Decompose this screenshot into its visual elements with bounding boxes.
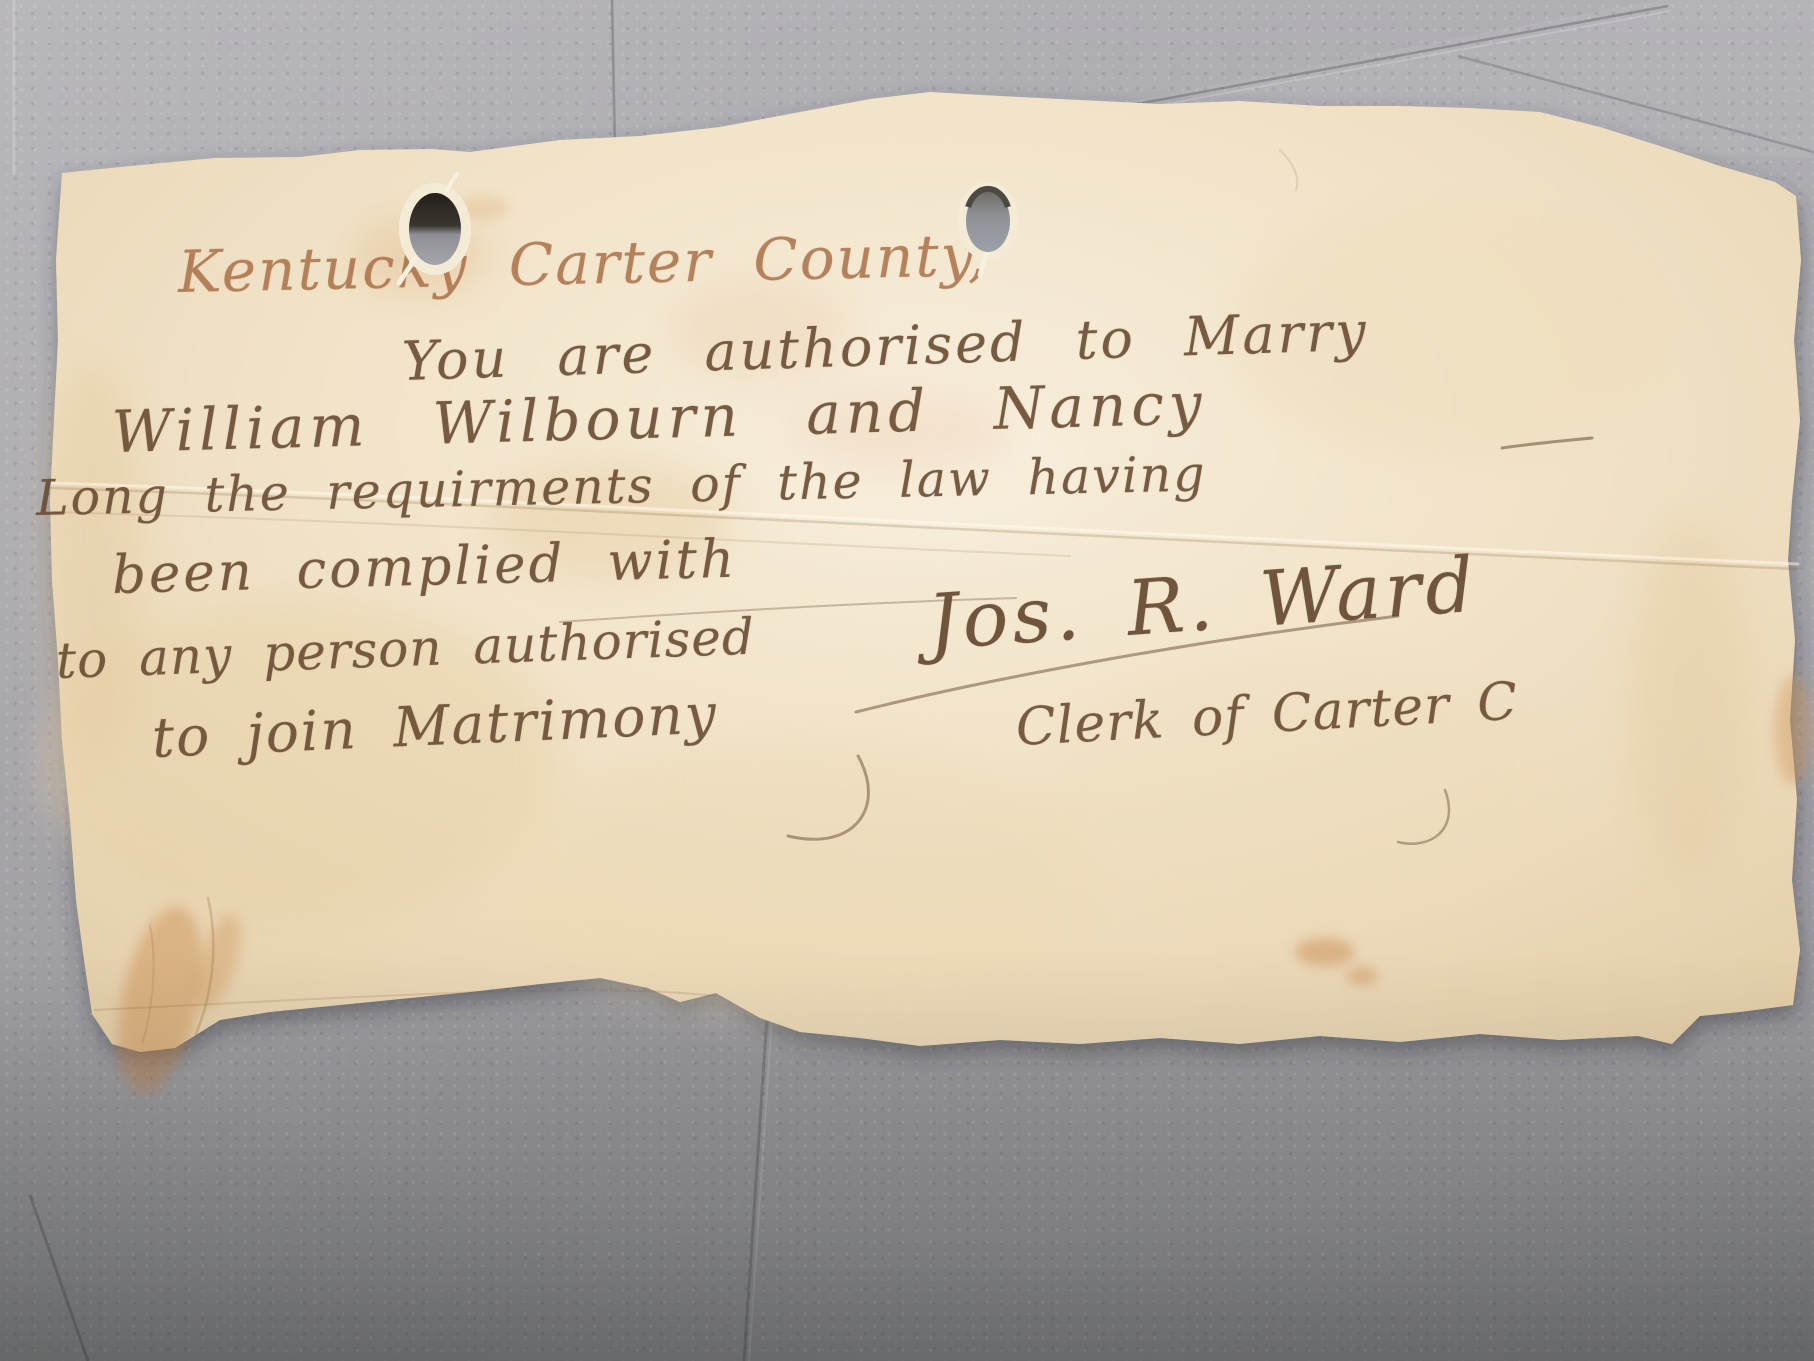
photo-of-handwritten-document: Kentucky Carter County, You are authoris…: [0, 0, 1814, 1361]
